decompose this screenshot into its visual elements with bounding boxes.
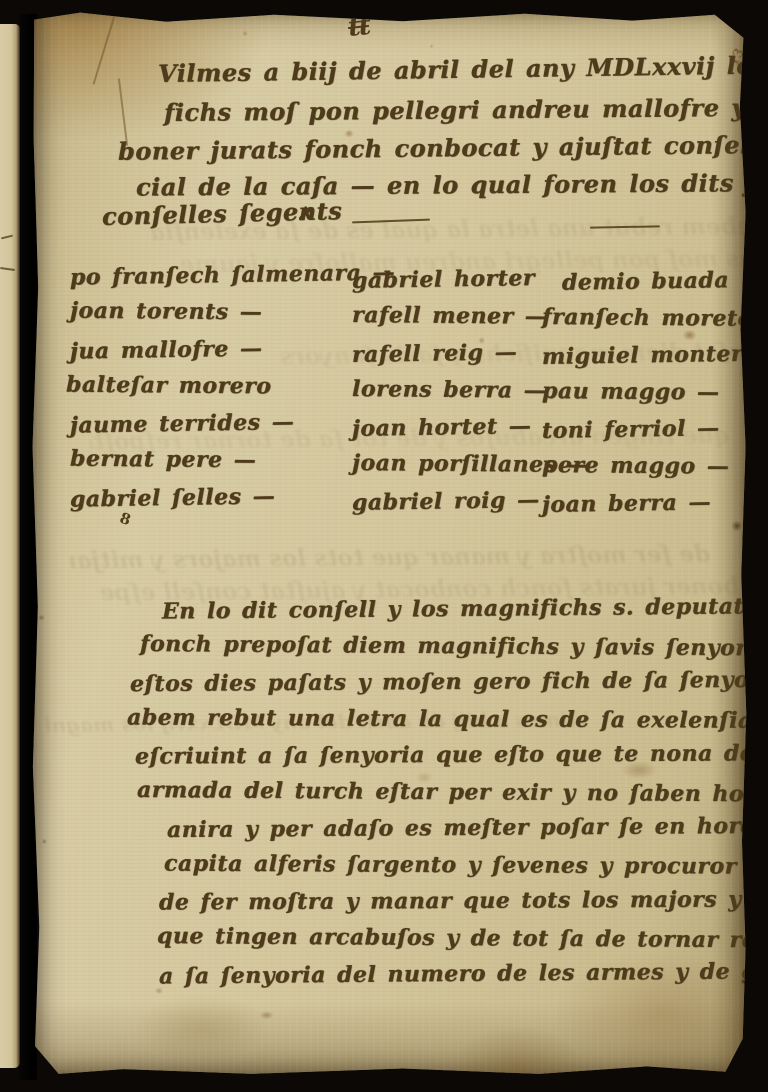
attendee-name: jaume terrides — <box>70 407 396 449</box>
attendee-name: gabriel ſelles — <box>70 481 396 523</box>
binding-gutter-shadow <box>17 14 37 1080</box>
attendee-name: jua mallofre — <box>70 333 396 375</box>
attendee-name: pere maggo — <box>542 452 768 491</box>
flourish-dash <box>590 225 660 228</box>
sliver-ink-mark <box>0 267 15 271</box>
body-line: de fer moſtra y manar que tots los major… <box>159 886 734 926</box>
body-line: abem rebut una letra la qual es de ſa ex… <box>127 704 734 744</box>
attendee-name: bernat pere — <box>70 446 395 486</box>
manuscript-page: abem rebut una letra la qual es de ſa ex… <box>30 10 747 1076</box>
body-line: capita alferis ſargento y ſevenes y proc… <box>164 850 734 889</box>
attendee-name: demio buada <box>562 266 768 307</box>
attendee-name: pau maggo — <box>542 378 768 417</box>
header-line: cial de la caſa — en lo qual foren los d… <box>136 167 768 201</box>
body-line: anira y per adaſo es meſter poſar ſe en … <box>167 813 734 853</box>
body-line: En lo dit conſell y los magnifichs s. de… <box>162 594 734 635</box>
body-line: armada del turch eſtar per exir y no ſab… <box>137 776 734 817</box>
sliver-ink-mark <box>1 235 13 240</box>
body-line: que tingen arcabuſos y de tot ſa de torn… <box>157 922 734 963</box>
header-line: Vilmes a biij de abril del any MDLxxvij … <box>158 49 768 88</box>
attendee-name: toni ferriol — <box>542 414 768 455</box>
attendee-name: po franſech ſalmenara — <box>70 259 396 301</box>
body-paragraph: En lo dit conſell y los magnifichs s. de… <box>122 596 734 998</box>
bleedthrough-ghost-text: de fer moſtra y manar que tots los major… <box>70 541 710 575</box>
header-line: boner jurats fonch conbocat y ajuſtat co… <box>118 129 768 165</box>
body-line: fonch prepoſat diem magnifichs y ſavis ſ… <box>140 630 734 671</box>
header-cross-mark: tt <box>346 10 370 43</box>
attendee-name: franſech moreto — <box>542 304 768 343</box>
body-line: eſcriuint a ſa ſenyoria que eſto que te … <box>135 740 734 780</box>
attendee-column-3: demio buada franſech moreto — miguiel mo… <box>542 268 768 527</box>
manuscript-scan: abem rebut una letra la qual es de ſa ex… <box>0 0 768 1092</box>
flourish-dash <box>352 219 430 224</box>
attendee-name: joan berra — <box>542 488 768 529</box>
attendee-name: joan torents — <box>70 298 395 338</box>
attendee-name: miguiel monter <box>542 340 768 381</box>
body-line: eſtos dies paſats y moſen gero fich de ſ… <box>130 667 734 708</box>
header-line: fichs moſ pon pellegri andreu mallofre y… <box>164 92 768 127</box>
attendee-column-1: po franſech ſalmenara — joan torents — j… <box>70 262 395 521</box>
corner-crack <box>93 15 116 84</box>
body-line: a ſa ſenyoria del numero de les armes y … <box>159 958 734 1000</box>
attendee-name: balteſar morero <box>66 372 395 412</box>
